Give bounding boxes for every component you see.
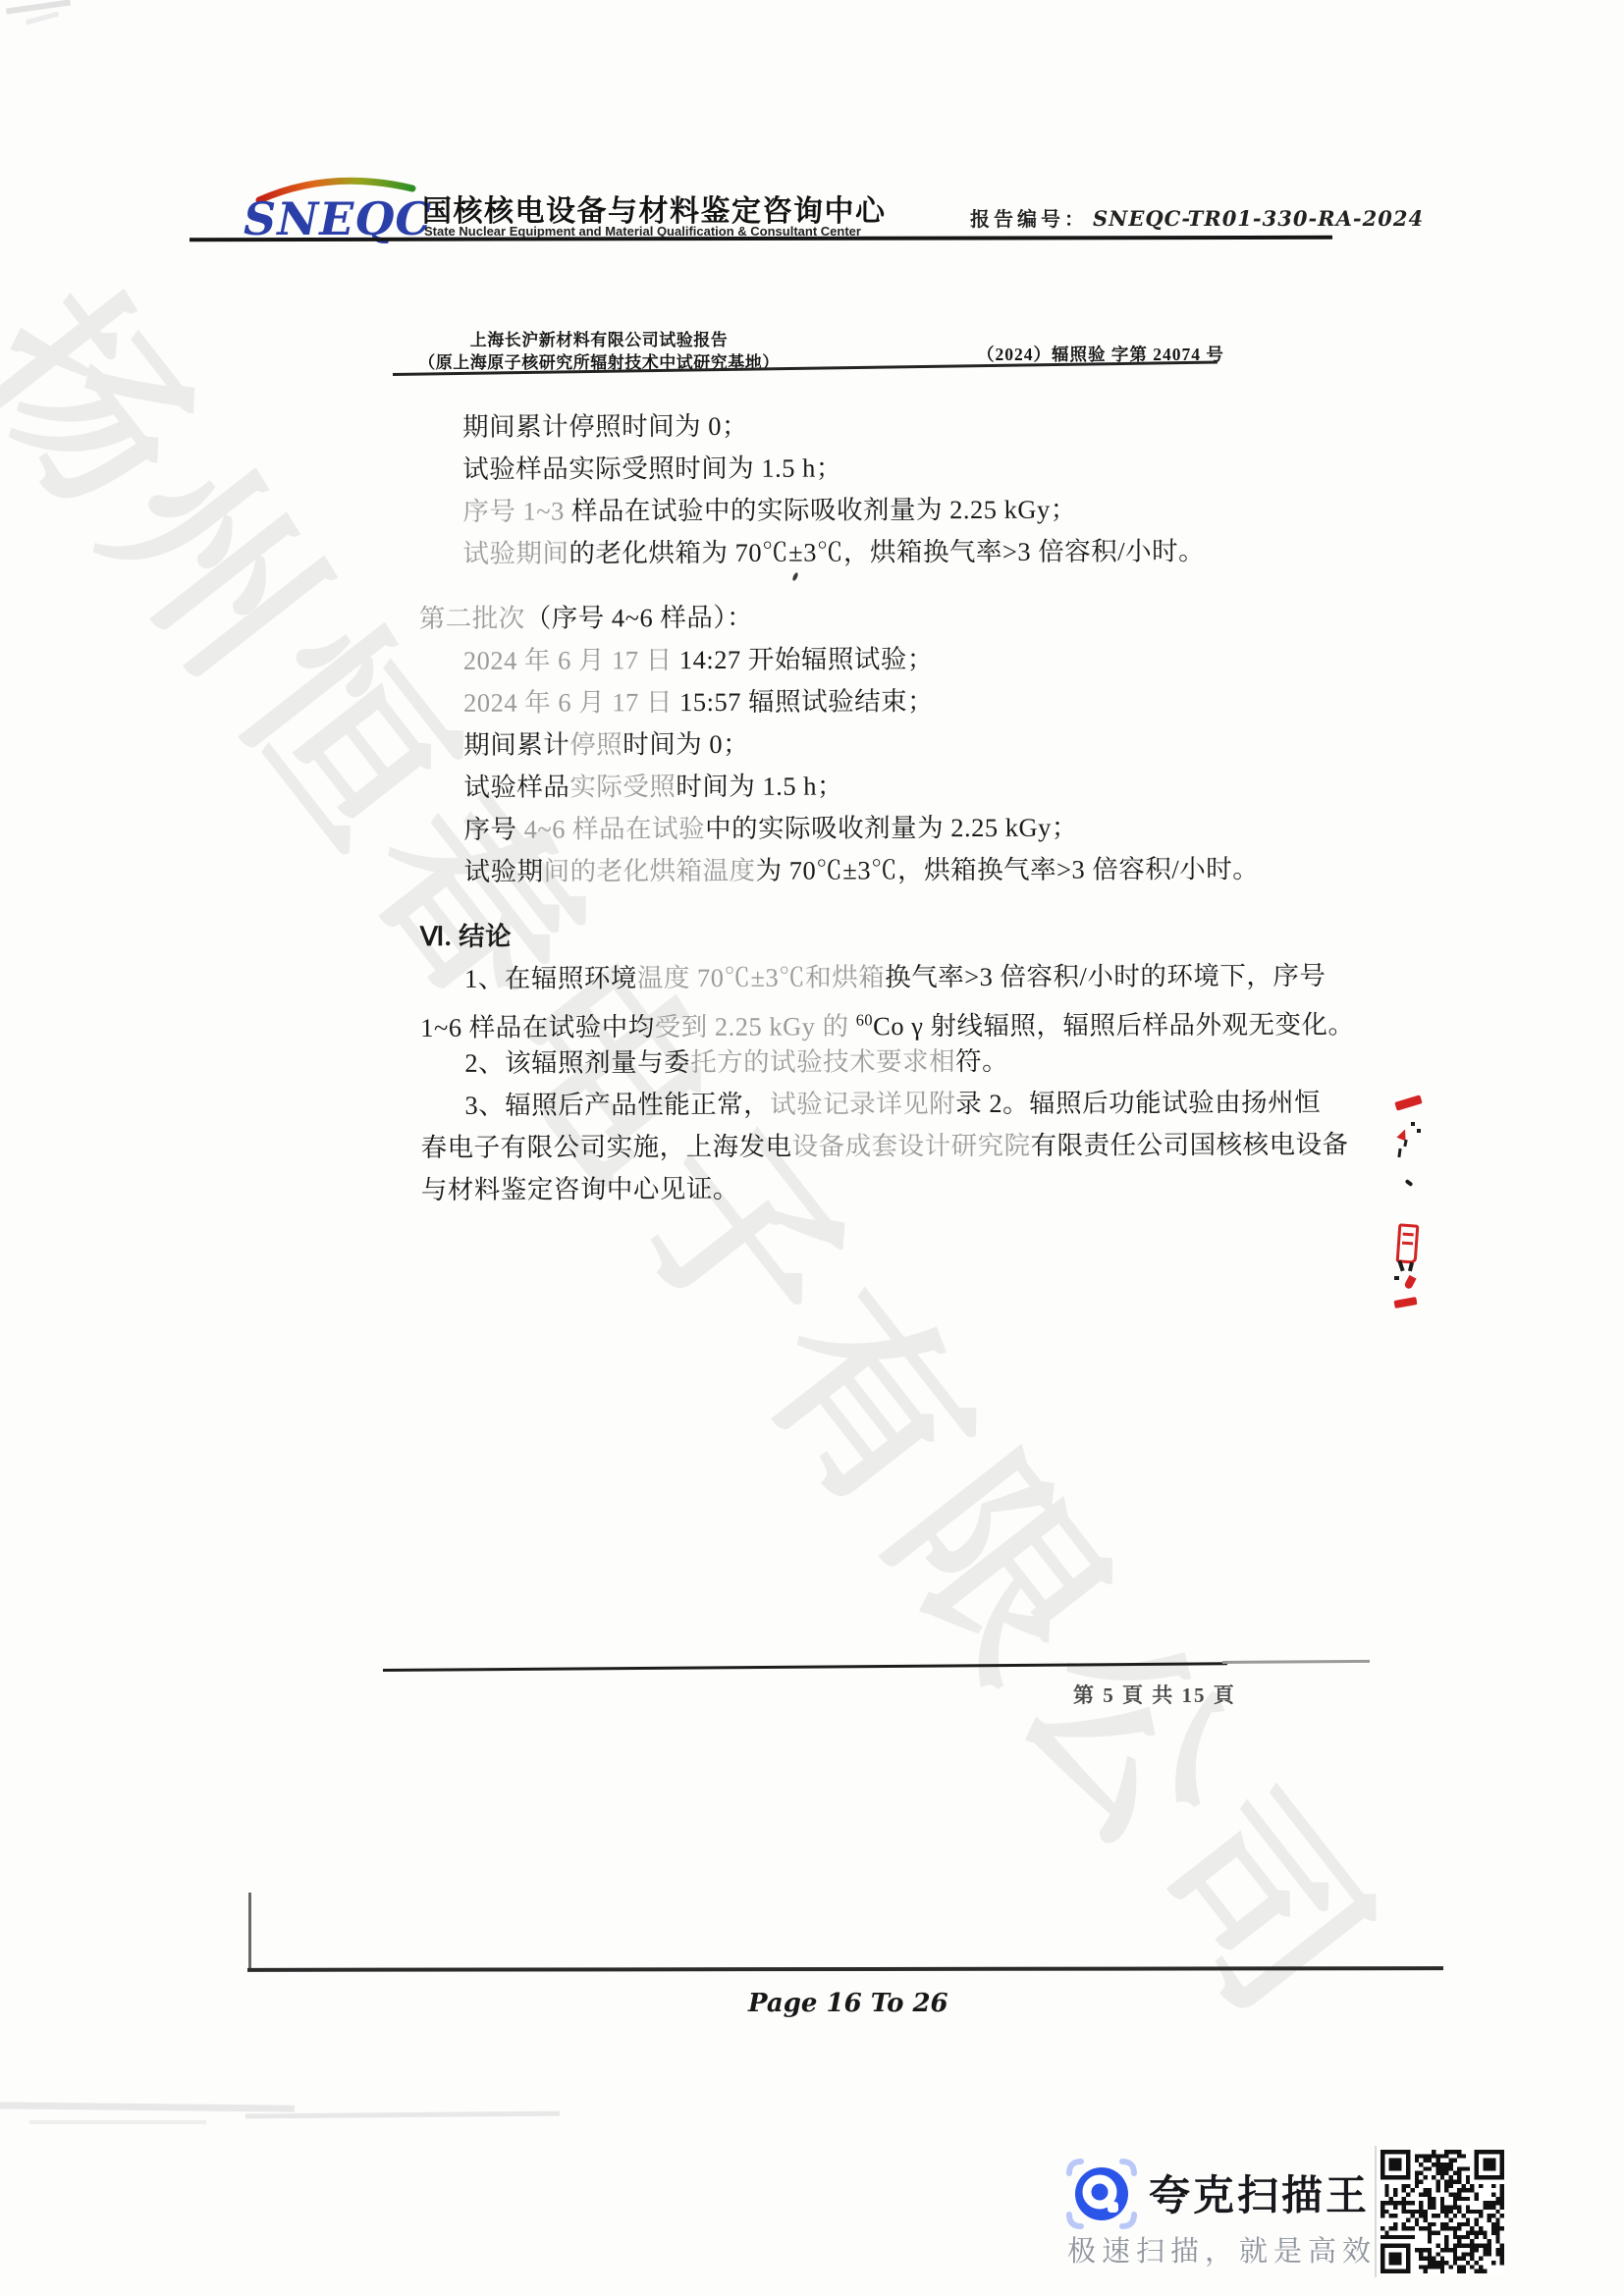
body-line: 试验样品实际受照时间为 1.5 h； [419,764,1323,809]
report-number-label: 报告编号： [970,209,1088,231]
scan-artifact [29,2120,206,2124]
body-line: 2024 年 6 月 17 日 15:57 辐照试验结束； [419,679,1323,724]
stamp-fragment [1393,1297,1417,1308]
scan-artifact [26,12,59,26]
scan-artifact [6,0,71,15]
stamp-fragment [1411,1122,1415,1126]
body-line: 试验期间的老化烘箱温度为 70℃±3℃，烘箱换气率>3 倍容积/小时。 [420,848,1324,893]
stamp-fragment [1408,1262,1414,1272]
body-line: 3、辐照后产品性能正常，试验记录详见附录 2。辐照后功能试验由扬州恒 [420,1082,1324,1127]
stamp-fragment [1397,1148,1401,1157]
stamp-fragment [1403,1140,1407,1147]
body-line: 第二批次（序号 4~6 样品）： [419,595,1323,640]
body-line: 试验样品实际受照时间为 1.5 h； [418,446,1322,491]
body-line: 2、该辐照剂量与委托方的试验技术要求相符。 [420,1040,1324,1085]
body-line: 期间累计停照时间为 0； [418,403,1322,449]
body-line: 期间累计停照时间为 0； [419,721,1323,767]
stamp-fragment [1396,1223,1420,1263]
body-line: 1~6 样品在试验中均受到 2.25 kGy 的 60Co γ 射线辐照，辐照后… [420,997,1324,1042]
body-line: 序号 4~6 样品在试验中的实际吸收剂量为 2.25 kGy； [419,806,1323,851]
body-line: 试验期间的老化烘箱为 70℃±3℃，烘箱换气率>3 倍容积/小时。 [418,530,1322,575]
stamp-fragment [1403,1275,1416,1290]
page-number: 第 5 頁 共 15 頁 [1073,1680,1236,1709]
stamp-fragment [1394,1095,1422,1111]
scan-artifact [245,2111,560,2119]
body-line: 春电子有限公司实施，上海发电设备成套设计研究院有限责任公司国核核电设备 [421,1124,1325,1169]
stamp-fragment [1396,1128,1409,1142]
qr-code [1380,2150,1504,2273]
page-range: Page 16 To 26 [748,1989,948,2018]
scanner-app-name: 夸克扫描王 [1149,2163,1370,2222]
page-edge-mark [248,1893,251,1971]
body-line: 2024 年 6 月 17 日 14:27 开始辐照试验； [419,637,1323,682]
stamp-fragment [1405,1179,1414,1187]
report-number: 报告编号： SNEQC-TR01-330-RA-2024 [970,203,1424,232]
divider [1375,2146,1377,2277]
report-number-value: SNEQC-TR01-330-RA-2024 [1093,206,1424,231]
body-line: 序号 1~3 样品在试验中的实际吸收剂量为 2.25 kGy； [418,488,1322,533]
body-text: 期间累计停照时间为 0；试验样品实际受照时间为 1.5 h；序号 1~3 样品在… [418,403,1325,1211]
footer-rule [383,1662,1227,1672]
section-heading: Ⅵ. 结论 [420,913,1324,958]
body-line: 与材料鉴定咨询中心见证。 [421,1166,1325,1211]
scan-artifact [0,2102,295,2111]
subheader-line1: 上海长沪新材料有限公司试验报告 [407,329,790,351]
page-bottom-rule [247,1966,1443,1972]
scanned-report-page: 扬州恒春电子有限公司 SNEQC 国核核电设备与材料鉴定咨询中心 State N… [0,0,1624,2296]
stamp-fragment [1417,1129,1421,1133]
quark-scanner-logo-icon [1065,2158,1138,2230]
body-line: 1、在辐照环境温度 70℃±3℃和烘箱换气率>3 倍容积/小时的环境下，序号 [420,955,1324,1000]
scanner-tagline: 极速扫描，就是高效 [1067,2229,1377,2269]
footer-rule-light [1222,1660,1370,1664]
stamp-fragment [1394,1276,1399,1280]
